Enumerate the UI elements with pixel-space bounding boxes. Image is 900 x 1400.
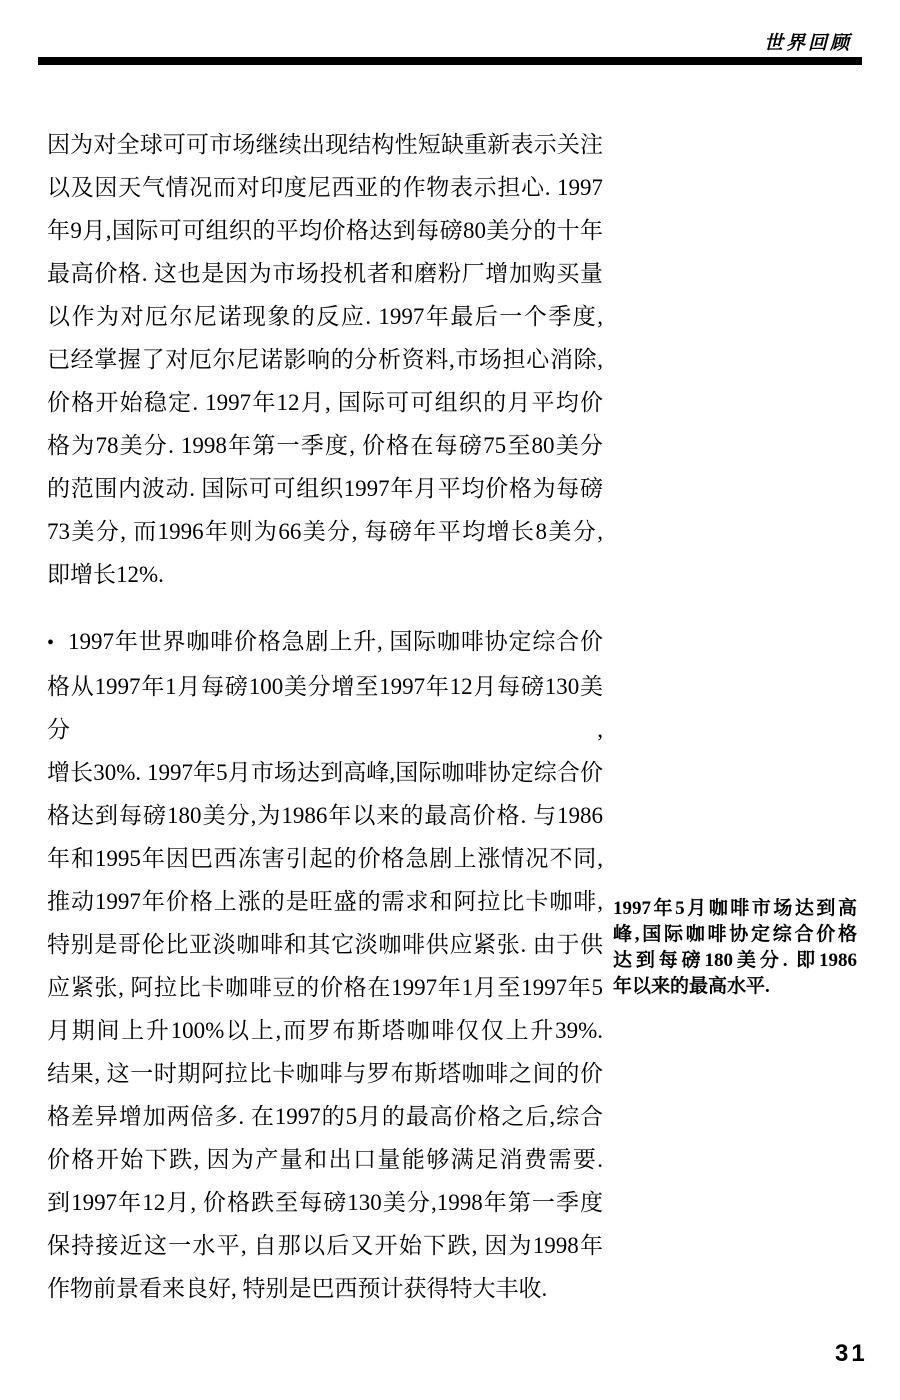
text-line: 格从1997年1月每磅100美分增至1997年12月每磅130美分,	[47, 665, 603, 751]
text-line: 保持接近这一水平, 自那以后又开始下跌, 因为1998年	[47, 1224, 603, 1267]
document-page: 世界回顾 因为对全球可可市场继续出现结构性短缺重新表示关注 以及因天气情况而对印…	[0, 0, 900, 1400]
text-line-content: 1997年世界咖啡价格急剧上升, 国际咖啡协定综合价	[68, 629, 603, 654]
text-line: 月期间上升100%以上,而罗布斯塔咖啡仅仅上升39%.	[47, 1009, 603, 1052]
text-line: 结果, 这一时期阿拉比卡咖啡与罗布斯塔咖啡之间的价	[47, 1052, 603, 1095]
text-line: 最高价格. 这也是因为市场投机者和磨粉厂增加购买量	[47, 252, 603, 295]
text-line: 年和1995年因巴西冻害引起的价格急剧上涨情况不同,	[47, 837, 603, 880]
text-line: 即增长12%.	[47, 553, 603, 596]
paragraph-coffee: •1997年世界咖啡价格急剧上升, 国际咖啡协定综合价 格从1997年1月每磅1…	[47, 620, 603, 1310]
text-line: 推动1997年价格上涨的是旺盛的需求和阿拉比卡咖啡,	[47, 880, 603, 923]
bullet-icon: •	[47, 622, 54, 665]
text-line: •1997年世界咖啡价格急剧上升, 国际咖啡协定综合价	[47, 620, 603, 665]
text-line: 73美分, 而1996年则为66美分, 每磅年平均增长8美分,	[47, 510, 603, 553]
margin-note-line: 峰,国际咖啡协定综合价格	[613, 922, 857, 948]
margin-note-line: 年以来的最高水平.	[613, 974, 857, 1000]
text-line: 到1997年12月, 价格跌至每磅130美分,1998年第一季度	[47, 1181, 603, 1224]
text-line: 年9月,国际可可组织的平均价格达到每磅80美分的十年	[47, 209, 603, 252]
text-line: 价格开始稳定. 1997年12月, 国际可可组织的月平均价	[47, 381, 603, 424]
text-line: 的范围内波动. 国际可可组织1997年月平均价格为每磅	[47, 467, 603, 510]
text-line: 格差异增加两倍多. 在1997的5月的最高价格之后,综合	[47, 1095, 603, 1138]
text-line: 格为78美分. 1998年第一季度, 价格在每磅75至80美分	[47, 424, 603, 467]
paragraph-cocoa: 因为对全球可可市场继续出现结构性短缺重新表示关注 以及因天气情况而对印度尼西亚的…	[47, 123, 603, 596]
page-number: 31	[835, 1340, 868, 1368]
text-line: 以及因天气情况而对印度尼西亚的作物表示担心. 1997	[47, 166, 603, 209]
margin-note-line: 达到每磅180美分. 即1986	[613, 948, 857, 974]
text-line: 格达到每磅180美分,为1986年以来的最高价格. 与1986	[47, 794, 603, 837]
text-line: 因为对全球可可市场继续出现结构性短缺重新表示关注	[47, 123, 603, 166]
text-line: 特别是哥伦比亚淡咖啡和其它淡咖啡供应紧张. 由于供	[47, 923, 603, 966]
text-line: 增长30%. 1997年5月市场达到高峰,国际咖啡协定综合价	[47, 751, 603, 794]
header-rule	[38, 57, 862, 65]
margin-note: 1997年5月咖啡市场达到高 峰,国际咖啡协定综合价格 达到每磅180美分. 即…	[613, 896, 857, 1000]
text-line: 价格开始下跌, 因为产量和出口量能够满足消费需要.	[47, 1138, 603, 1181]
text-line: 已经掌握了对厄尔尼诺影响的分析资料,市场担心消除,	[47, 338, 603, 381]
text-line: 应紧张, 阿拉比卡咖啡豆的价格在1997年1月至1997年5	[47, 966, 603, 1009]
main-text-column: 因为对全球可可市场继续出现结构性短缺重新表示关注 以及因天气情况而对印度尼西亚的…	[47, 123, 603, 1310]
margin-note-line: 1997年5月咖啡市场达到高	[613, 896, 857, 922]
running-head-title: 世界回顾	[764, 28, 852, 55]
text-line: 以作为对厄尔尼诺现象的反应. 1997年最后一个季度,	[47, 295, 603, 338]
text-line: 作物前景看来良好, 特别是巴西预计获得特大丰收.	[47, 1267, 603, 1310]
